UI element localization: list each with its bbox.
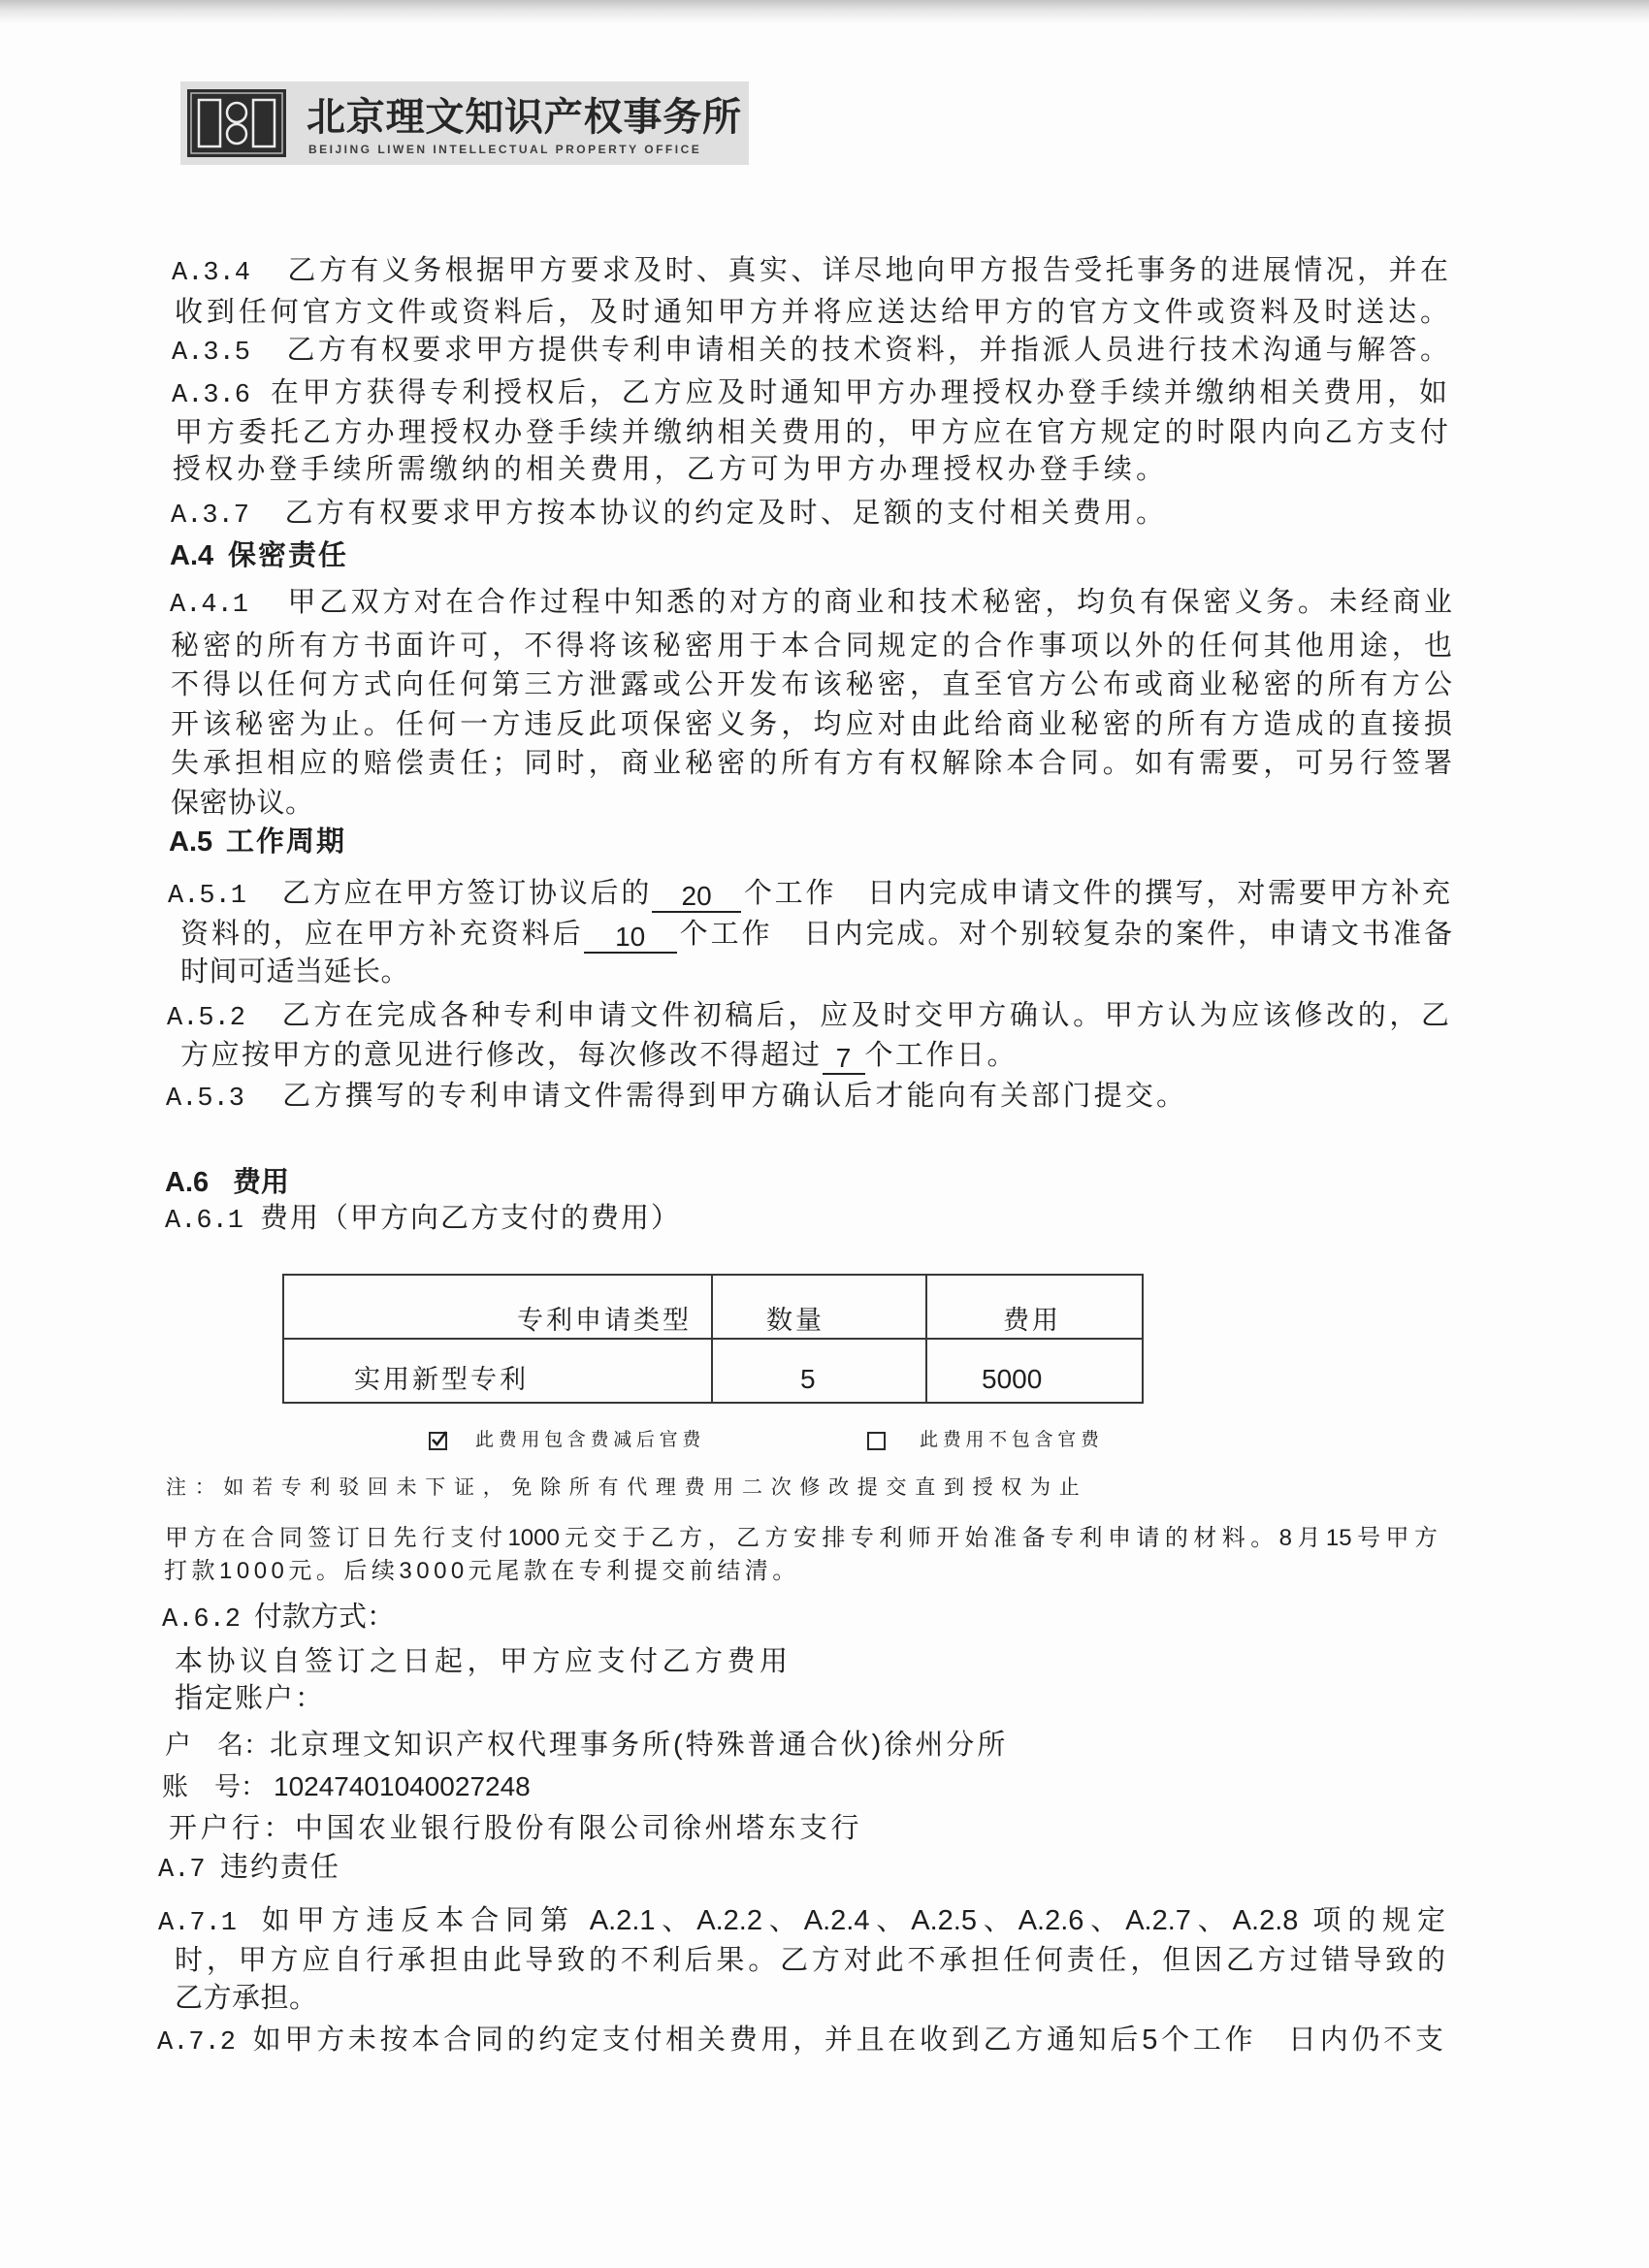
designated-account-label: 指定账户：	[175, 1679, 325, 1718]
clause-a4-1-line: A.4.1甲乙双方对在合作过程中知悉的对方的商业和技术秘密，均负有保密义务。未经…	[170, 583, 1452, 622]
clause-a3-6-line: A.3.6在甲方获得专利授权后，乙方应及时通知甲方办理授权办登手续并缴纳相关费用…	[172, 373, 1447, 412]
clause-number: A.5.1	[168, 877, 279, 913]
letterhead: 北京理文知识产权事务所 BEIJING LIWEN INTELLECTUAL P…	[180, 81, 749, 165]
cell-quantity: 5	[712, 1339, 926, 1403]
clause-a6-2-line: A.6.2付款方式：	[162, 1598, 395, 1636]
column-header-fee: 费用	[926, 1275, 1143, 1339]
section-title: 违约责任	[220, 1852, 340, 1883]
clause-text: 如甲方违反本合同第 A.2.1、A.2.2、A.2.4、A.2.5、A.2.6、…	[255, 1905, 1445, 1936]
payment-schedule-line: 甲方在合同签订日先行支付1000元交于乙方，乙方安排专利师开始准备专利申请的材料…	[165, 1521, 1438, 1556]
section-number: A.7	[158, 1851, 220, 1890]
clause-a7-1-line: 时，甲方应自行承担由此导致的不利后果。乙方对此不承担任何责任，但因乙方过错导致的	[175, 1941, 1445, 1980]
clause-text: 甲乙双方对在合作过程中知悉的对方的商业和技术秘密，均负有保密义务。未经商业	[284, 587, 1452, 618]
account-number-label: 账 号：	[162, 1767, 274, 1806]
revision-days-blank: 7	[823, 1044, 865, 1075]
clause-a3-6-line: 甲方委托乙方办理授权办登手续并缴纳相关费用的，甲方应在官方规定的时限内向乙方支付	[175, 413, 1448, 452]
clause-text: 失承担相应的赔偿责任；同时，商业秘密的所有方有权解除本合同。如有需要，可另行签署	[171, 748, 1452, 779]
clause-text: 在甲方获得专利授权后，乙方应及时通知甲方办理授权办登手续并缴纳相关费用，如	[267, 377, 1447, 408]
clause-text: 授权办登手续所需缴纳的相关费用，乙方可为甲方办理授权办登手续。	[173, 454, 1164, 485]
clause-text: 乙方承担。	[175, 1983, 318, 2014]
clause-a3-4-line: A.3.4乙方有义务根据甲方要求及时、真实、详尽地向甲方报告受托事务的进展情况，…	[172, 251, 1448, 290]
clause-text: 甲方委托乙方办理授权办登手续并缴纳相关费用的，甲方应在官方规定的时限内向乙方支付	[175, 417, 1448, 448]
clause-text: 秘密的所有方书面许可，不得将该秘密用于本合同规定的合作事项以外的任何其他用途，也	[171, 631, 1452, 662]
payment-schedule-line: 打款1000元。后续3000元尾款在专利提交前结清。	[164, 1554, 800, 1589]
supplement-days-blank: 10	[584, 923, 677, 954]
clause-text: 不得以任何方式向任何第三方泄露或公开发布该秘密，直至官方公布或商业秘密的所有方公	[171, 669, 1452, 700]
cell-patent-type: 实用新型专利	[283, 1339, 712, 1403]
section-title: 费用	[233, 1167, 289, 1198]
clause-number: A.7.1	[158, 1904, 255, 1940]
column-header-quantity: 数量	[712, 1275, 926, 1339]
clause-number: A.7.2	[157, 2024, 249, 2059]
scan-edge-shadow	[0, 0, 1649, 23]
clause-text: 开该秘密为止。任何一方违反此项保密义务，均应对由此给商业秘密的所有方造成的直接损	[171, 709, 1452, 740]
checkmark-icon	[431, 1431, 448, 1448]
clause-a4-1-line: 保密协议。	[171, 784, 314, 823]
section-title: 工作周期	[226, 826, 346, 858]
account-name-value: 北京理文知识产权代理事务所(特殊普通合伙)徐州分所	[270, 1730, 1008, 1761]
firm-name-english: BEIJING LIWEN INTELLECTUAL PROPERTY OFFI…	[308, 142, 701, 157]
clause-a4-1-line: 开该秘密为止。任何一方违反此项保密义务，均应对由此给商业秘密的所有方造成的直接损	[171, 705, 1452, 744]
clause-a5-1-line: 资料的，应在甲方补充资料后10个工作 日内完成。对个别较复杂的案件，申请文书准备	[180, 915, 1452, 954]
clause-a5-2-line: 方应按甲方的意见进行修改，每次修改不得超过7个工作日。	[180, 1036, 1018, 1075]
clause-number: A.6.1	[165, 1202, 260, 1241]
clause-a5-3-line: A.5.3乙方撰写的专利申请文件需得到甲方确认后才能向有关部门提交。	[166, 1077, 1184, 1116]
clause-number: A.6.2	[162, 1601, 254, 1639]
clause-a7-1-line: 乙方承担。	[175, 1979, 318, 2018]
account-name-row: 户 名：北京理文知识产权代理事务所(特殊普通合伙)徐州分所	[165, 1726, 1008, 1765]
clause-a7-1-line: A.7.1如甲方违反本合同第 A.2.1、A.2.2、A.2.4、A.2.5、A…	[158, 1901, 1445, 1940]
clause-text: 乙方应在甲方签订协议后的	[279, 878, 652, 909]
clause-a4-1-line: 失承担相应的赔偿责任；同时，商业秘密的所有方有权解除本合同。如有需要，可另行签署	[171, 744, 1452, 783]
clause-number: A.4.1	[170, 586, 284, 622]
clause-text: 方应按甲方的意见进行修改，每次修改不得超过	[180, 1040, 823, 1071]
clause-a3-5-line: A.3.5乙方有权要求甲方提供专利申请相关的技术资料，并指派人员进行技术沟通与解…	[172, 331, 1448, 370]
clause-a5-1-line: A.5.1乙方应在甲方签订协议后的20个工作 日内完成申请文件的撰写，对需要甲方…	[168, 874, 1450, 913]
column-header-patent-type: 专利申请类型	[283, 1275, 712, 1339]
section-heading-a6: A.6费用	[165, 1163, 289, 1202]
clause-text: 费用（甲方向乙方支付的费用）	[260, 1203, 681, 1234]
clause-a6-2-line: 本协议自签订之日起，甲方应支付乙方费用	[175, 1642, 792, 1681]
clause-text: 个工作 日内完成申请文件的撰写，对需要甲方补充	[741, 878, 1450, 909]
fee-table: 专利申请类型 数量 费用 实用新型专利 5 5000	[282, 1274, 1144, 1404]
clause-number: A.3.6	[172, 376, 267, 412]
clause-text: 乙方在完成各种专利申请文件初稿后，应及时交甲方确认。甲方认为应该修改的，乙	[278, 1000, 1449, 1031]
fee-note: 注：如若专利驳回未下证，免除所有代理费用二次修改提交直到授权为止	[166, 1474, 1087, 1503]
clause-text: 时间可适当延长。	[180, 956, 409, 988]
fee-option-label: 此费用包含费减后官费	[475, 1426, 705, 1455]
account-bank-label: 开户行：	[169, 1813, 295, 1844]
account-bank-row: 开户行：中国农业银行股份有限公司徐州塔东支行	[169, 1809, 862, 1848]
clause-text: 乙方撰写的专利申请文件需得到甲方确认后才能向有关部门提交。	[279, 1081, 1184, 1112]
checkbox-includes-official-fee	[429, 1432, 447, 1450]
clause-a5-1-line: 时间可适当延长。	[180, 953, 409, 991]
clause-text: 如甲方未按本合同的约定支付相关费用，并且在收到乙方通知后5个工作 日内仍不支	[249, 2025, 1443, 2056]
clause-text: 保密协议。	[171, 788, 314, 819]
clause-a7-2-line: A.7.2如甲方未按本合同的约定支付相关费用，并且在收到乙方通知后5个工作 日内…	[157, 2021, 1443, 2059]
table-header-row: 专利申请类型 数量 费用	[283, 1275, 1143, 1339]
fee-option-label: 此费用不包含官费	[920, 1426, 1104, 1455]
clause-number: A.3.4	[172, 254, 284, 290]
checkbox-excludes-official-fee	[867, 1432, 886, 1450]
section-number: A.4	[170, 536, 228, 575]
clause-text: 个工作 日内完成。对个别较复杂的案件，申请文书准备	[677, 919, 1452, 950]
liwen-logo-icon	[187, 89, 286, 157]
clause-text: 收到任何官方文件或资料后，及时通知甲方并将应送达给甲方的官方文件或资料及时送达。	[175, 297, 1448, 328]
section-number: A.5	[169, 823, 226, 861]
clause-text: 时，甲方应自行承担由此导致的不利后果。乙方对此不承担任何责任，但因乙方过错导致的	[175, 1945, 1445, 1976]
clause-number: A.5.3	[166, 1080, 279, 1116]
draft-days-blank: 20	[652, 882, 741, 913]
clause-text: 个工作日。	[865, 1040, 1018, 1071]
clause-number: A.5.2	[167, 999, 278, 1035]
section-title: 保密责任	[228, 540, 348, 571]
cell-fee: 5000	[926, 1339, 1143, 1403]
clause-number: A.3.5	[172, 334, 283, 370]
clause-a3-7-line: A.3.7乙方有权要求甲方按本协议的约定及时、足额的支付相关费用。	[171, 494, 1164, 533]
clause-a6-1-line: A.6.1费用（甲方向乙方支付的费用）	[165, 1199, 681, 1238]
clause-text: 乙方有义务根据甲方要求及时、真实、详尽地向甲方报告受托事务的进展情况，并在	[284, 255, 1448, 286]
clause-a3-4-line: 收到任何官方文件或资料后，及时通知甲方并将应送达给甲方的官方文件或资料及时送达。	[175, 293, 1448, 332]
firm-name-chinese: 北京理文知识产权事务所	[307, 95, 743, 140]
section-heading-a7: A.7违约责任	[158, 1848, 340, 1887]
clause-text: 资料的，应在甲方补充资料后	[180, 919, 584, 950]
account-number-value: 10247401040027248	[274, 1771, 531, 1801]
clause-text: 付款方式：	[254, 1602, 395, 1633]
clause-text: 乙方有权要求甲方按本协议的约定及时、足额的支付相关费用。	[281, 498, 1164, 529]
account-bank-value: 中国农业银行股份有限公司徐州塔东支行	[295, 1813, 862, 1844]
clause-number: A.3.7	[171, 497, 281, 533]
clause-a5-2-line: A.5.2乙方在完成各种专利申请文件初稿后，应及时交甲方确认。甲方认为应该修改的…	[167, 996, 1449, 1035]
clause-text: 乙方有权要求甲方提供专利申请相关的技术资料，并指派人员进行技术沟通与解答。	[283, 335, 1448, 366]
section-heading-a4: A.4保密责任	[170, 536, 348, 575]
clause-a4-1-line: 秘密的所有方书面许可，不得将该秘密用于本合同规定的合作事项以外的任何其他用途，也	[171, 627, 1452, 665]
section-number: A.6	[165, 1163, 233, 1202]
section-heading-a5: A.5工作周期	[169, 823, 346, 861]
account-number-row: 账 号：10247401040027248	[162, 1767, 531, 1806]
clause-a3-6-line: 授权办登手续所需缴纳的相关费用，乙方可为甲方办理授权办登手续。	[173, 450, 1164, 489]
table-row: 实用新型专利 5 5000	[283, 1339, 1143, 1403]
account-name-label: 户 名：	[165, 1726, 270, 1765]
clause-a4-1-line: 不得以任何方式向任何第三方泄露或公开发布该秘密，直至官方公布或商业秘密的所有方公	[171, 665, 1452, 704]
